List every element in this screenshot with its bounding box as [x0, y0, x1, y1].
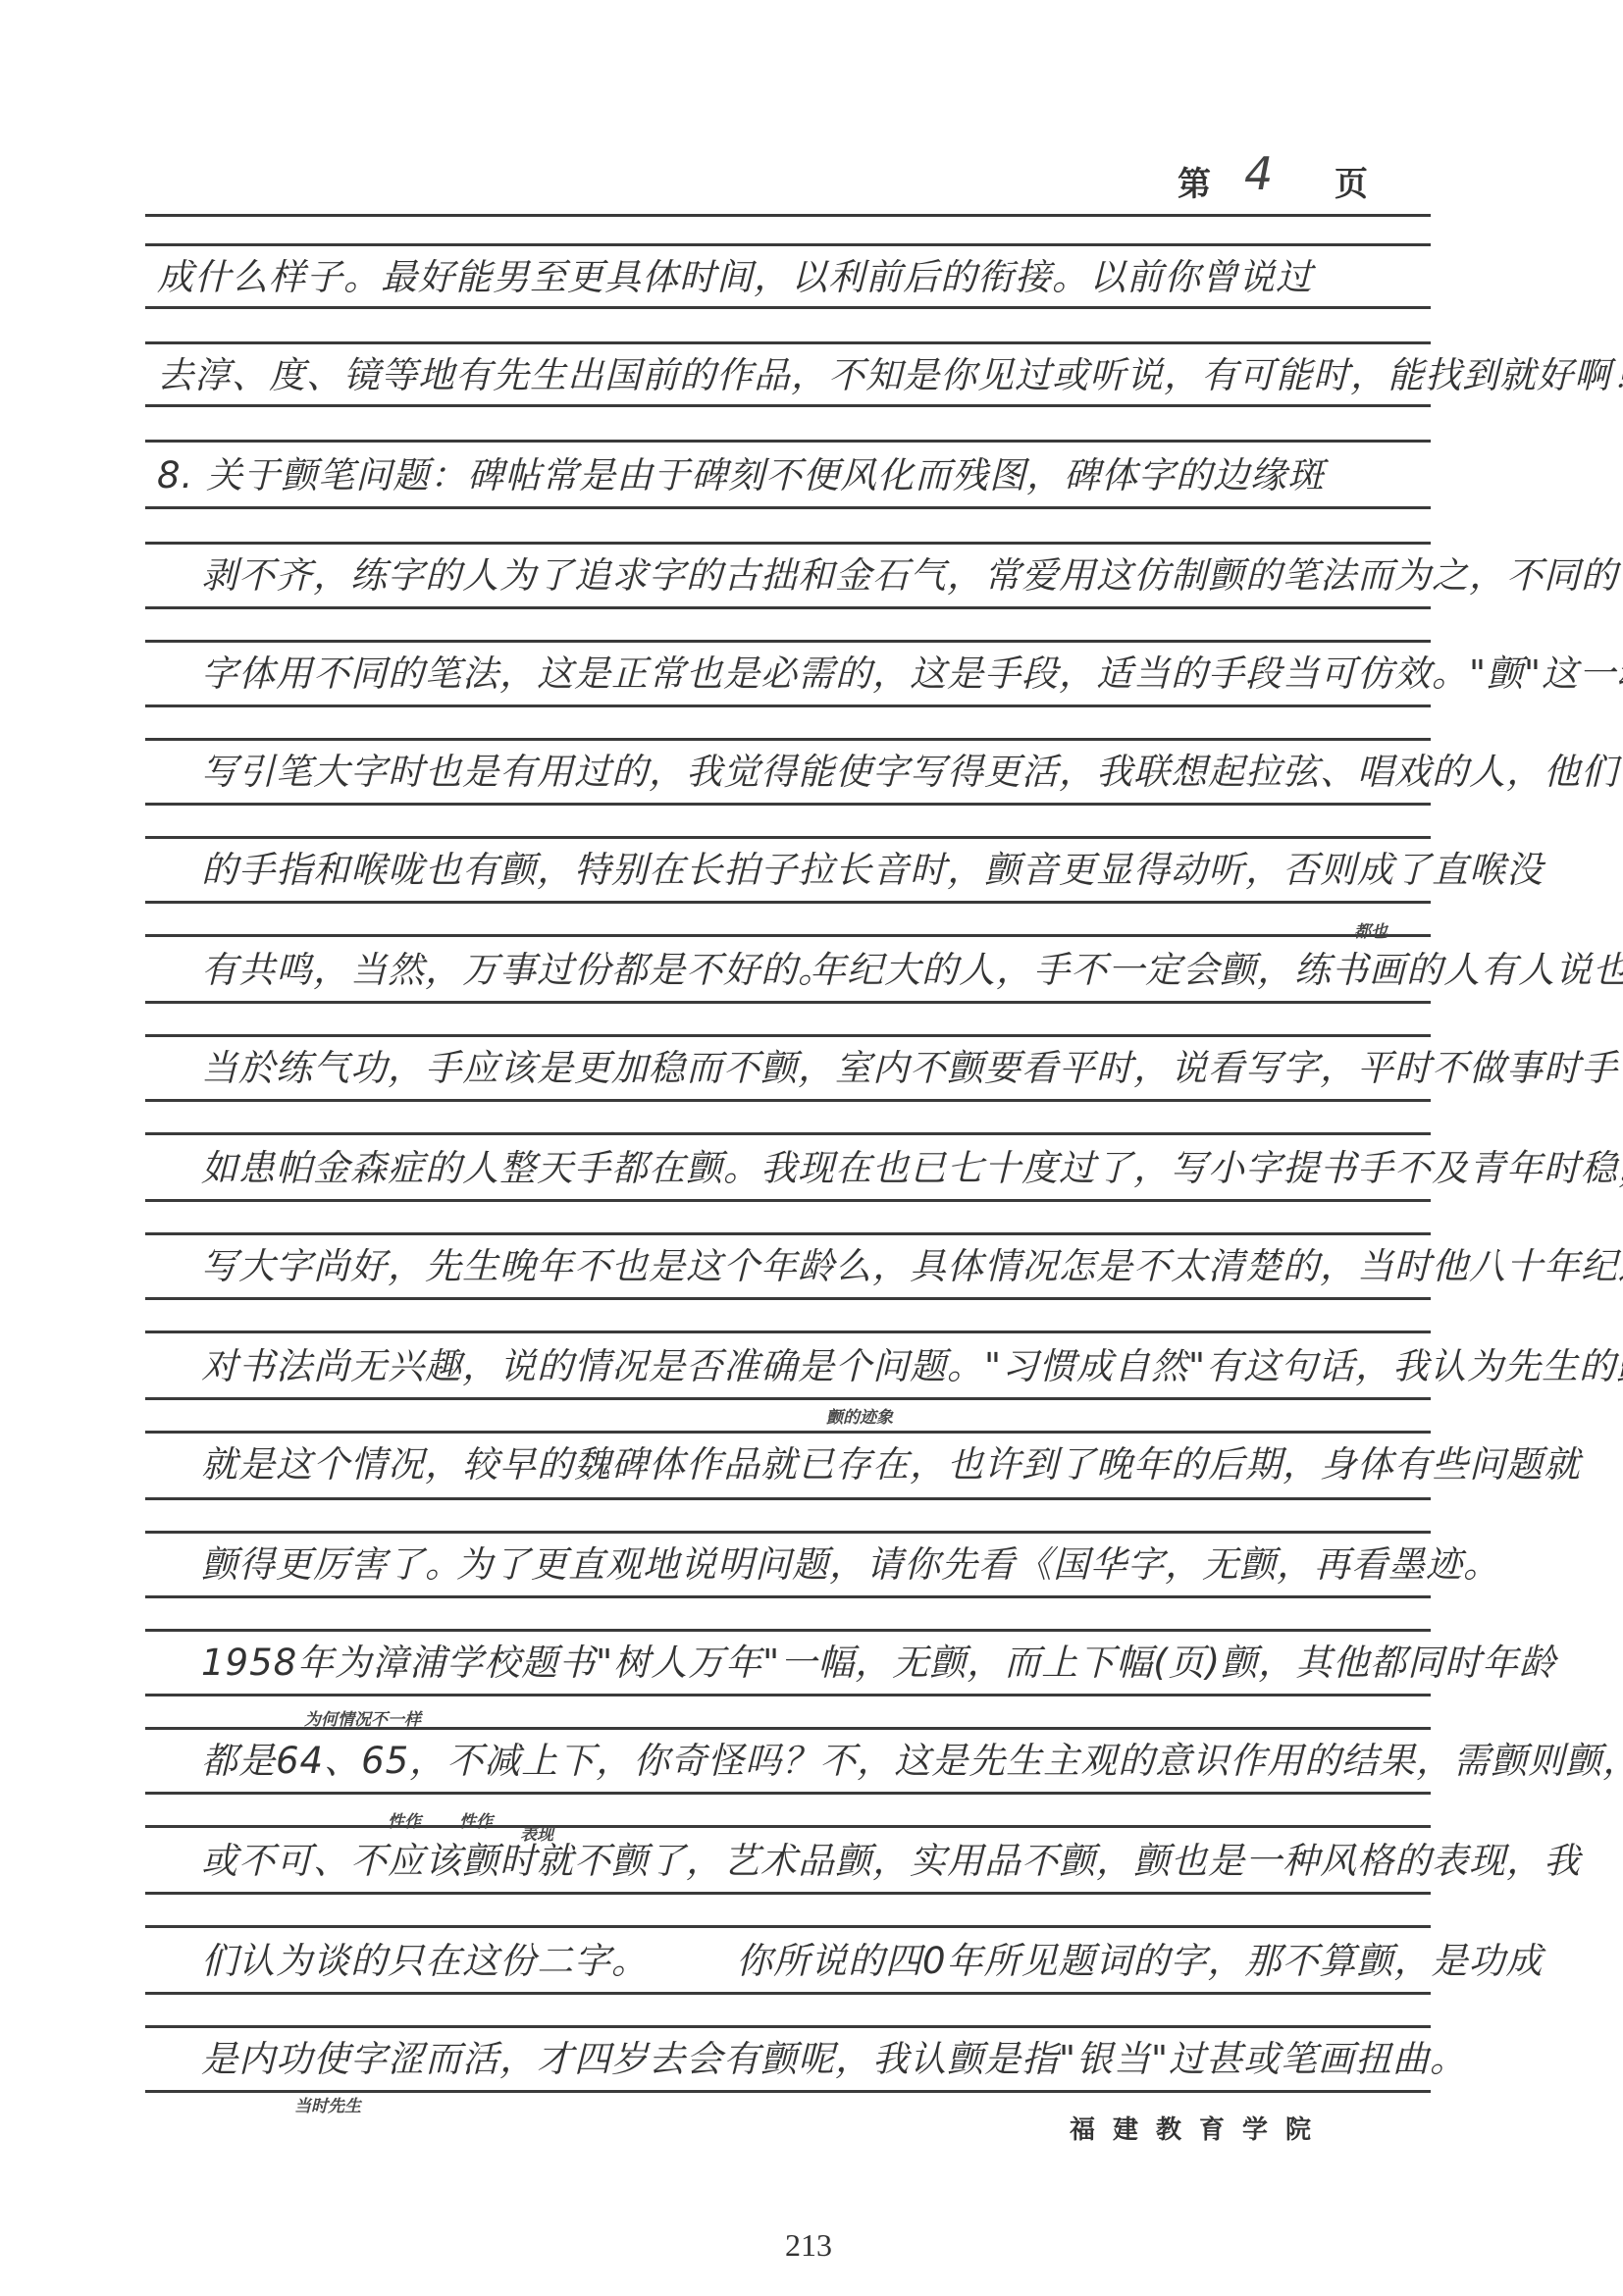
text-line: 字体用不同的笔法，这是正常也是必需的，这是手段，适当的手段当可仿效。"颤"这一动… — [201, 650, 1477, 699]
ruled-line — [145, 1232, 1431, 1235]
ruled-line — [145, 506, 1431, 509]
text-line: 成什么样子。最好能男至更具体时间，以利前后的衔接。以前你曾说过 — [157, 253, 1433, 302]
ruled-line — [145, 1331, 1431, 1333]
text-line: 剥不齐，练字的人为了追求字的古拙和金石气，常爱用这仿制颤的笔法而为之，不同的 — [201, 551, 1477, 600]
page-label-ye: 页 — [1335, 157, 1368, 205]
ruled-line — [145, 306, 1431, 309]
ruled-line — [145, 738, 1431, 741]
text-line: 对书法尚无兴趣，说的情况是否准确是个问题。"习惯成自然"有这句话，我认为先生的颤… — [201, 1342, 1477, 1391]
text-line: 都是64、65，不减上下，你奇怪吗？不，这是先生主观的意识作用的结果，需颤则颤，… — [201, 1737, 1477, 1786]
ruled-line — [145, 2025, 1431, 2028]
text-line: 1958年为漳浦学校题书"树人万年"一幅，无颤，而上下幅(页)颤，其他都同时年龄 — [201, 1639, 1477, 1688]
text-line: 写引笔大字时也是有用过的，我觉得能使字写得更活，我联想起拉弦、唱戏的人，他们 — [201, 748, 1477, 797]
ruled-line — [145, 640, 1431, 643]
text-line: 8. 关于颤笔问题：碑帖常是由于碑刻不便风化而残图，碑体字的边缘斑 — [157, 451, 1433, 500]
ruled-line — [145, 214, 1431, 217]
ruled-line — [145, 1001, 1431, 1004]
text-line-left: 颤得更厉害了。 — [201, 1543, 462, 1586]
text-line: 的手指和喉咙也有颤，特别在长拍子拉长音时，颤音更显得动听，否则成了直喉没 — [201, 846, 1477, 895]
handwritten-page-number: 4 — [1244, 147, 1273, 200]
text-line: 颤得更厉害了。 为了更直观地说明问题，请你先看《国华字，无颤，再看墨迹。 — [201, 1540, 1477, 1590]
text-line: 们认为谈的只在这份二字。 你所说的四0年所见题词的字，那不算颤，是功成 — [201, 1937, 1477, 1986]
ruled-line — [145, 1497, 1431, 1500]
ruled-line — [145, 341, 1431, 344]
ruled-line — [145, 440, 1431, 443]
ruled-line — [145, 606, 1431, 609]
ruled-line — [145, 1034, 1431, 1037]
text-line: 或不可、不应该颤时就不颤了，艺术品颤，实用品不颤，颤也是一种风格的表现，我 — [201, 1837, 1477, 1886]
ruled-line — [145, 1531, 1431, 1534]
text-line-right: 你所说的四0年所见题词的字，那不算颤，是功成 — [736, 1937, 1544, 1986]
margin-annotation: 性作 — [459, 1807, 493, 1832]
ruled-line — [145, 836, 1431, 839]
text-line-left: 有共鸣，当然，万事过份都是不好的。 — [201, 949, 835, 991]
ruled-line — [145, 1199, 1431, 1202]
ruled-line — [145, 1132, 1431, 1135]
ruled-line — [145, 542, 1431, 545]
text-line-right: 为了更直观地说明问题，请你先看《国华字，无颤，再看墨迹。 — [456, 1540, 1500, 1590]
page-number: 213 — [785, 2227, 832, 2264]
margin-annotation: 当时先生 — [294, 2092, 361, 2116]
margin-annotation: 颤的迹象 — [826, 1403, 893, 1428]
ruled-line — [145, 243, 1431, 246]
text-line: 当於练气功，手应该是更加稳而不颤，室内不颤要看平时，说看写字，平时不做事时手会颤… — [201, 1044, 1477, 1093]
margin-annotation: 为何情况不一样 — [304, 1705, 421, 1730]
ruled-line — [145, 1892, 1431, 1895]
ruled-line — [145, 404, 1431, 407]
ruled-line — [145, 1595, 1431, 1598]
text-line: 写大字尚好，先生晚年不也是这个年龄么，具体情况怎是不太清楚的，当时他八十年纪还小… — [201, 1242, 1477, 1291]
ruled-line — [145, 1792, 1431, 1795]
text-line: 如患帕金森症的人整天手都在颤。我现在也已七十度过了，写小字提书手不及青年时稳， — [201, 1144, 1477, 1193]
text-line-left: 们认为谈的只在这份二字。 — [201, 1940, 649, 1982]
ruled-line — [145, 1694, 1431, 1696]
page-header: 第 4 页 — [1178, 147, 1433, 206]
margin-annotation: 都也 — [1354, 917, 1387, 942]
ruled-line — [145, 1297, 1431, 1300]
text-line: 有共鸣，当然，万事过份都是不好的。 年纪大的人，手不一定会颤，练书画的人有人说也 — [201, 946, 1477, 995]
margin-annotation: 性作 — [388, 1807, 421, 1832]
ruled-line — [145, 1629, 1431, 1632]
page-label-di: 第 — [1178, 157, 1211, 205]
ruled-line — [145, 934, 1431, 937]
ruled-line — [145, 1992, 1431, 1995]
text-line: 是内功使字涩而活，才四岁去会有颤呢，我认颤是指"银当"过甚或笔画扭曲。 — [201, 2035, 1477, 2084]
text-line: 就是这个情况，较早的魏碑体作品就已存在，也许到了晚年的后期，身体有些问题就 — [201, 1440, 1477, 1489]
ruled-line — [145, 803, 1431, 806]
ruled-line — [145, 704, 1431, 707]
ruled-line — [145, 1431, 1431, 1434]
ruled-line — [145, 1397, 1431, 1400]
ruled-line — [145, 1925, 1431, 1928]
text-line: 去淳、度、镜等地有先生出国前的作品，不知是你见过或听说，有可能时，能找到就好啊！ — [157, 351, 1433, 400]
text-line-right: 年纪大的人，手不一定会颤，练书画的人有人说也 — [810, 946, 1623, 995]
ruled-line — [145, 1099, 1431, 1102]
institution-name: 福建教育学院 — [1070, 2110, 1329, 2146]
ruled-line — [145, 1825, 1431, 1828]
ruled-line — [145, 901, 1431, 904]
